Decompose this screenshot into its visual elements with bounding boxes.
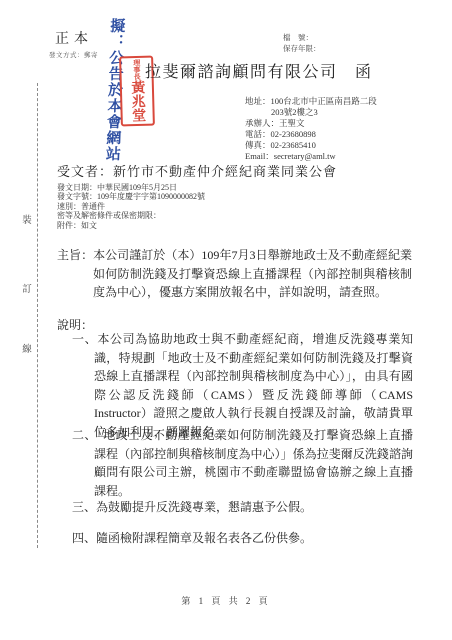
item-4-number: 四、 <box>72 531 96 545</box>
binding-mark-ding: 訂 <box>20 281 34 295</box>
page-number-footer: 第 1 頁 共 2 頁 <box>0 594 452 607</box>
item-2-text: 「地政士及不動產經紀業如何防制洗錢及打擊資恐線上直播課程（內部控制與稽核制度為中… <box>94 428 413 498</box>
issue-date: 發文日期：中華民國109年5月25日 <box>57 183 205 192</box>
attachment-note: 附件：如文 <box>57 221 205 230</box>
copy-type-label: 正本 <box>55 28 93 48</box>
stamp-name-text: 黃兆堂 <box>129 80 145 122</box>
binding-mark-zhuang: 裝 <box>20 212 34 226</box>
document-title: 拉斐爾諮詢顧問有限公司 函 <box>145 59 373 82</box>
retention-period-label: 保存年限： <box>283 43 321 54</box>
security-class: 密等及解密條件或保密期限： <box>57 211 205 220</box>
sender-fax: 傳真：02-23685410 <box>245 140 377 151</box>
item-4-text: 隨函檢附課程簡章及報名表各乙份供參。 <box>96 531 312 545</box>
issue-number: 發文字號：109年度慶宇字第1090000082號 <box>57 192 205 201</box>
delivery-method-label: 發文方式：郵寄 <box>49 50 98 59</box>
sender-contact-person: 承辦人：王聖文 <box>245 118 377 129</box>
explanation-item-4: 四、隨函檢附課程簡章及報名表各乙份供參。 <box>72 529 413 548</box>
subject-text: 本公司謹訂於（本）109年7月3日舉辦地政士及不動產經紀業如何防制洗錢及打擊資恐… <box>93 248 412 299</box>
item-1-text: 本公司為協助地政士與不動產經紀商，增進反洗錢專業知識，特規劃「地政士及不動產經紀… <box>94 332 413 439</box>
subject-paragraph: 主旨：本公司謹訂於（本）109年7月3日舉辦地政士及不動產經紀業如何防制洗錢及打… <box>57 246 412 302</box>
sender-address-line2: 203號2樓之3 <box>245 107 377 118</box>
item-2-number: 二、 <box>72 428 97 442</box>
binding-dashed-line <box>37 83 38 548</box>
item-1-number: 一、 <box>72 332 97 346</box>
explanation-item-2: 二、「地政士及不動產經紀業如何防制洗錢及打擊資恐線上直播課程（內部控制與稽核制度… <box>72 426 413 500</box>
explanation-item-3: 三、為鼓勵提升反洗錢專業，懇請惠予公假。 <box>72 498 413 517</box>
sender-address-line1: 地址：100台北市中正區南昌路二段 <box>245 96 377 107</box>
official-letter-page: 裝 訂 線 正本 發文方式：郵寄 擬：公告於本會網站 理事長 黃兆堂 檔 號： … <box>0 0 452 640</box>
file-number-label: 檔 號： <box>283 32 313 43</box>
binding-mark-xian: 線 <box>20 341 34 355</box>
speed-class: 速別：普通件 <box>57 202 205 211</box>
sender-contact-block: 地址：100台北市中正區南昌路二段 203號2樓之3 承辦人：王聖文 電話：02… <box>245 96 377 162</box>
item-3-text: 為鼓勵提升反洗錢專業，懇請惠予公假。 <box>96 500 312 514</box>
stamp-title-text: 理事長 <box>132 59 142 80</box>
document-meta-block: 發文日期：中華民國109年5月25日 發文字號：109年度慶宇字第1090000… <box>57 183 205 230</box>
sender-phone: 電話：02-23680898 <box>245 129 377 140</box>
item-3-number: 三、 <box>72 500 96 514</box>
recipient-line: 受文者：新竹市不動產仲介經紀商業同業公會 <box>57 161 337 180</box>
subject-label: 主旨： <box>57 248 93 262</box>
explanation-item-1: 一、本公司為協助地政士與不動產經紀商，增進反洗錢專業知識，特規劃「地政士及不動產… <box>72 330 413 442</box>
